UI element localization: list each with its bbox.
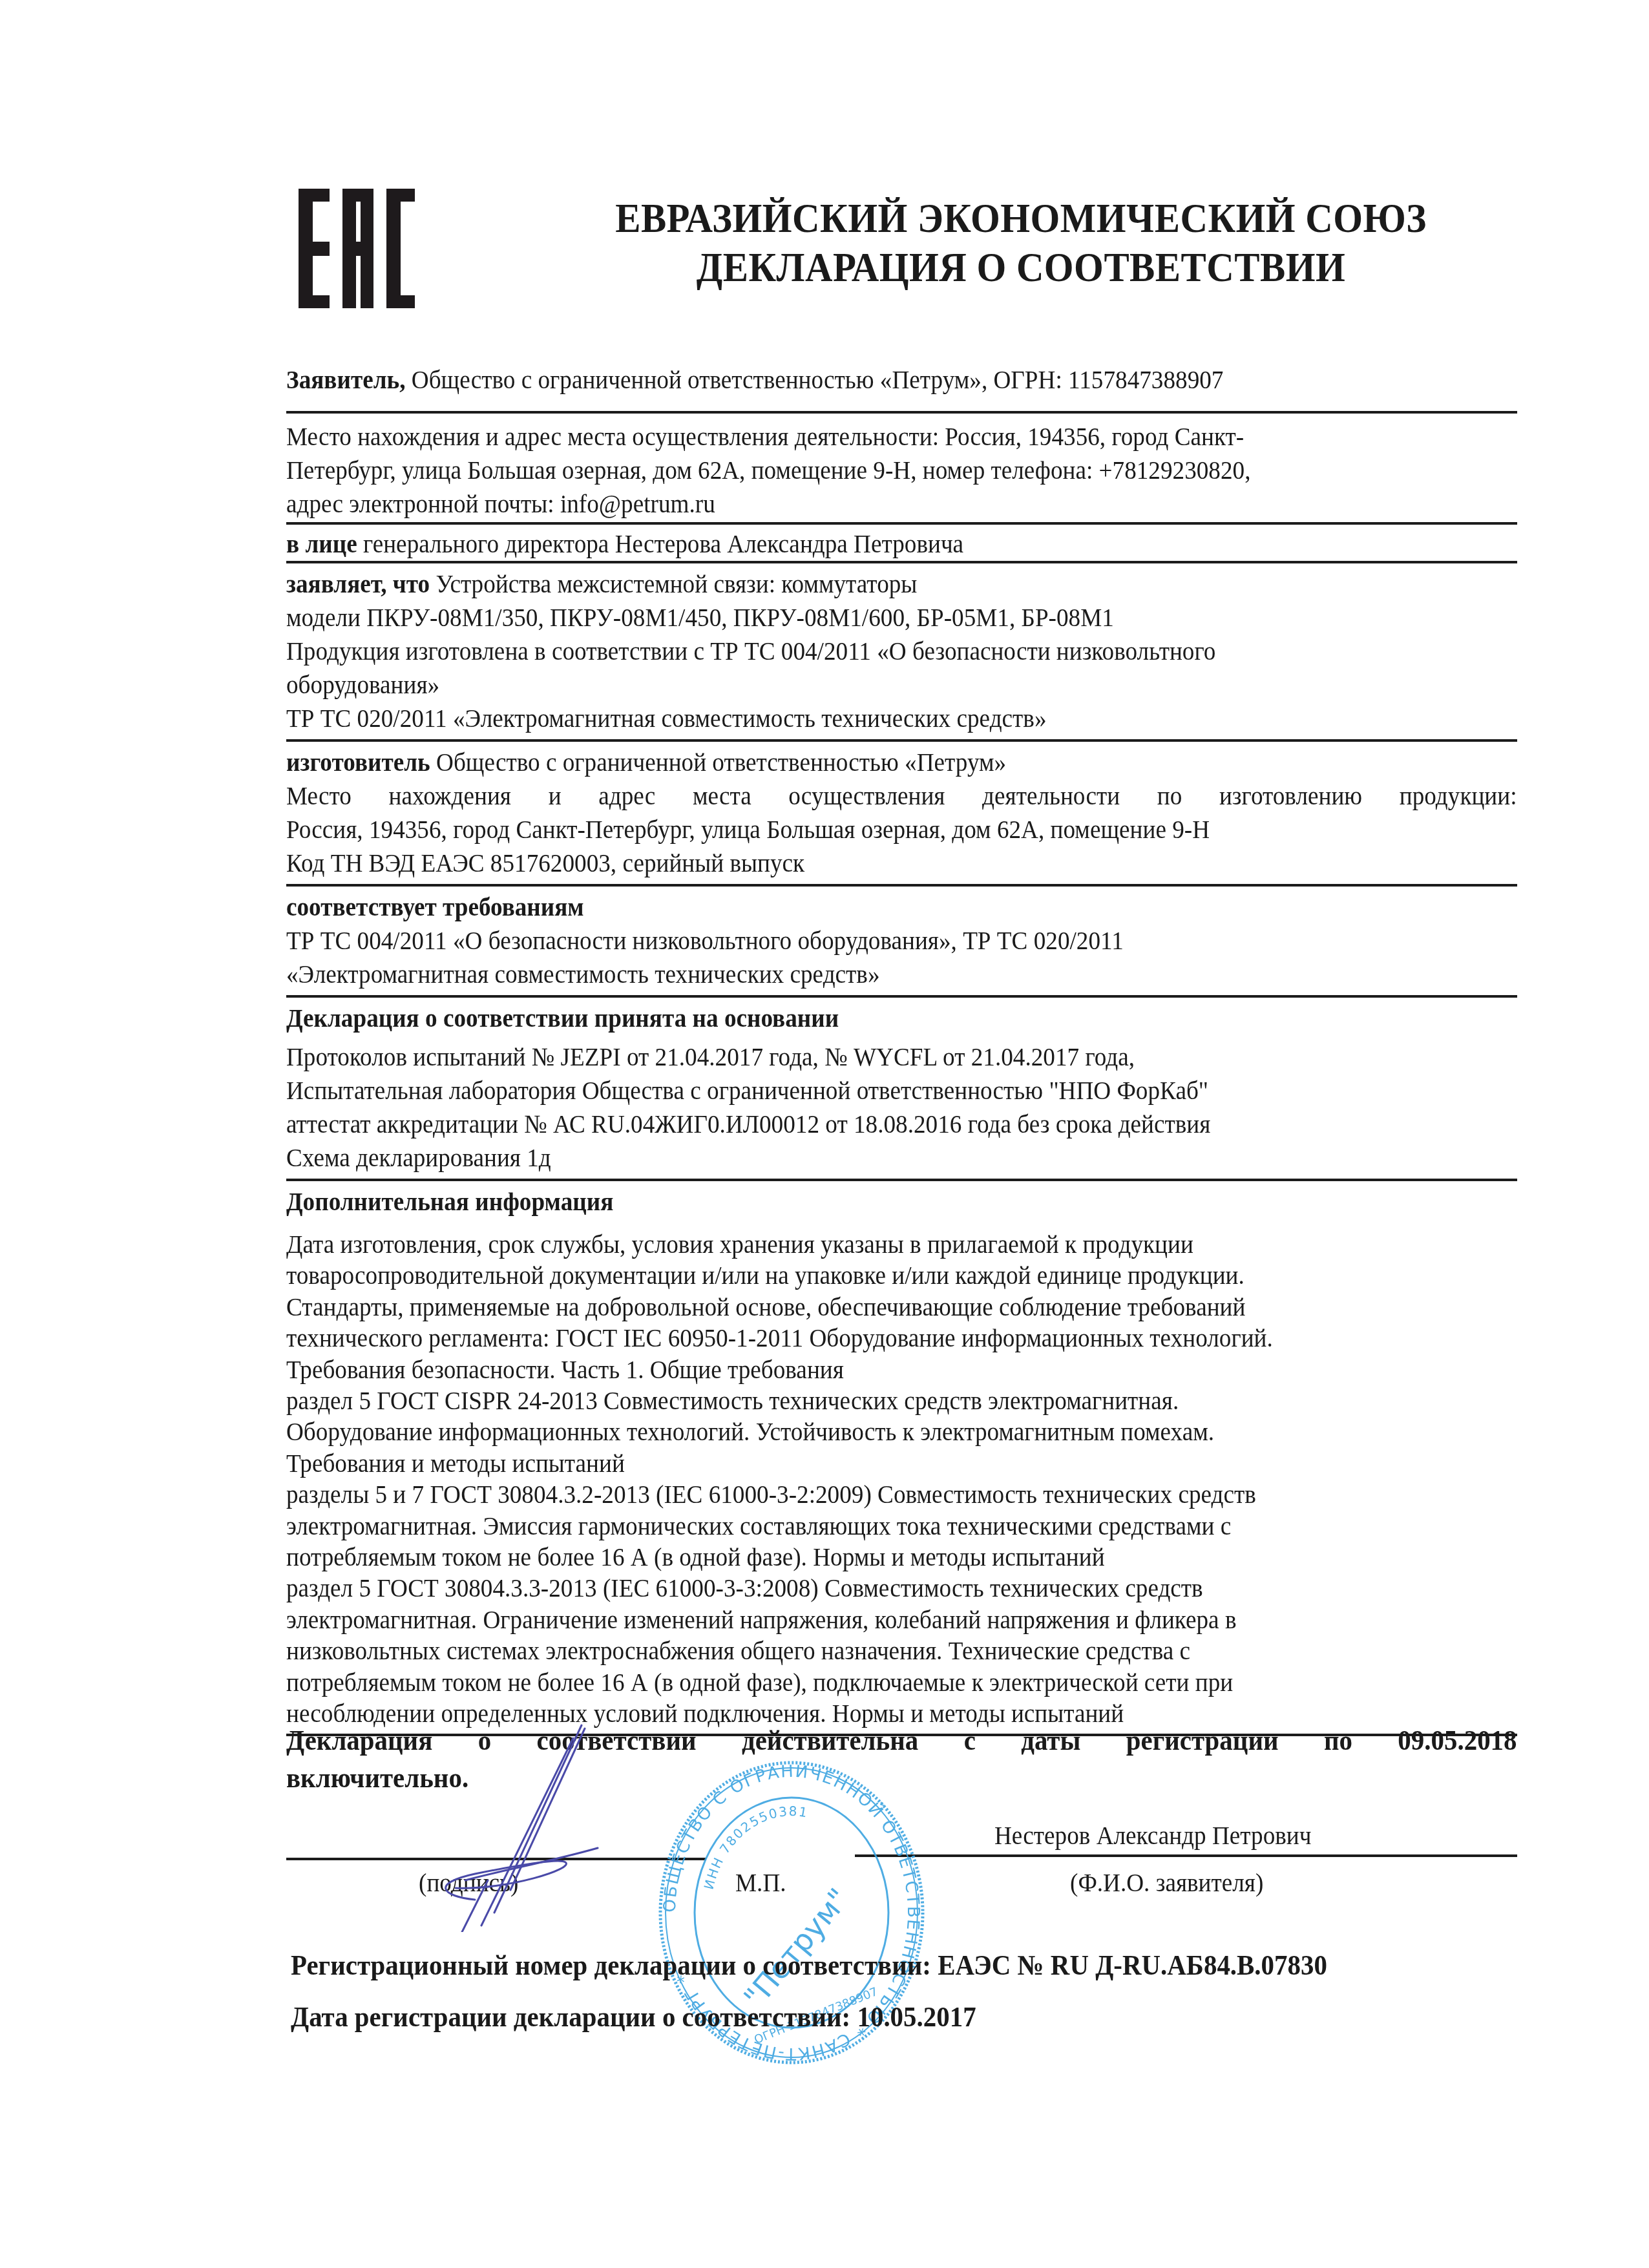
address-line: адрес электронной почты: info@petrum.ru [286,487,1431,521]
complies-section: соответствует требованиям ТР ТС 004/2011… [286,887,1517,998]
additional-info-line: Требования безопасности. Часть 1. Общие … [286,1354,1431,1385]
additional-info-line: Требования и методы испытаний [286,1448,1431,1479]
signatory-name: Нестеров Александр Петрович [994,1820,1311,1851]
registration-number: Регистрационный номер декларации о соотв… [291,1948,1327,1983]
additional-info-line: разделы 5 и 7 ГОСТ 30804.3.2-2013 (IEC 6… [286,1479,1431,1510]
basis-line: Испытательная лаборатория Общества с огр… [286,1074,1431,1108]
address-line: Петербург, улица Большая озерная, дом 62… [286,454,1431,487]
claim-section: заявляет, что Устройства межсистемной св… [286,563,1517,742]
claim-line: Продукция изготовлена в соответствии с Т… [286,635,1431,668]
manufacturer-value: Общество с ограниченной ответственностью… [430,748,1006,777]
validity-statement: Декларация о соответствии действительна … [286,1722,1517,1797]
additional-info-line: Оборудование информационных технологий. … [286,1416,1431,1447]
name-line [855,1854,1517,1857]
claim-line: модели ПКРУ-08М1/350, ПКРУ-08М1/450, ПКР… [286,601,1431,635]
union-title: ЕВРАЗИЙСКИЙ ЭКОНОМИЧЕСКИЙ СОЮЗ [534,194,1509,243]
complies-line: «Электромагнитная совместимость техничес… [286,958,1431,991]
additional-info-line: электромагнитная. Эмиссия гармонических … [286,1511,1431,1542]
applicant-label: Заявитель, [286,365,406,394]
additional-info-line: потребляемым током не более 16 А (в одно… [286,1667,1431,1698]
additional-info-line: Стандарты, применяемые на добровольной о… [286,1292,1431,1323]
address-line: Место нахождения и адрес места осуществл… [286,420,1431,454]
additional-info-line: низковольтных системах электроснабжения … [286,1635,1431,1666]
validity-word: соответствии [537,1722,697,1759]
additional-info-label: Дополнительная информация [286,1185,1431,1219]
declaration-body: Заявитель, Общество с ограниченной ответ… [286,357,1517,1736]
applicant-section: Заявитель, Общество с ограниченной ответ… [286,357,1517,414]
validity-word: даты [1021,1722,1080,1759]
validity-word: о [478,1722,491,1759]
applicant-value: Общество с ограниченной ответственностью… [406,365,1224,394]
basis-line: аттестат аккредитации № АС RU.04ЖИГ0.ИЛ0… [286,1108,1431,1141]
seal-caption: М.П. [735,1867,786,1898]
complies-line: ТР ТС 004/2011 «О безопасности низковоль… [286,924,1431,958]
basis-line: Схема декларирования 1д [286,1141,1431,1175]
validity-word: действительна [742,1722,918,1759]
validity-word: Декларация [286,1722,432,1759]
basis-section: Декларация о соответствии принята на осн… [286,998,1517,1181]
additional-info-line: Дата изготовления, срок службы, условия … [286,1229,1431,1260]
manufacturer-line: Место нахождения и адрес места осуществл… [286,779,1517,813]
signature-caption: (подпись) [419,1867,518,1898]
claim-label: заявляет, что [286,569,430,598]
additional-info-line: товаросопроводительной документации и/ил… [286,1260,1431,1291]
manufacturer-line: Код ТН ВЭД ЕАЭС 8517620003, серийный вып… [286,846,1431,880]
manufacturer-section: изготовитель Общество с ограниченной отв… [286,742,1517,887]
complies-label: соответствует требованиям [286,890,1431,924]
eac-mark-icon [299,189,415,308]
declaration-title: ДЕКЛАРАЦИЯ О СООТВЕТСТВИИ [534,243,1509,292]
validity-word: по [1324,1722,1352,1759]
claim-line: оборудования» [286,668,1431,702]
representative-value: генерального директора Нестерова Алексан… [357,529,963,558]
validity-word: регистрации [1126,1722,1279,1759]
additional-info-line: раздел 5 ГОСТ 30804.3.3-2013 (IEC 61000-… [286,1573,1431,1604]
manufacturer-line: Россия, 194356, город Санкт-Петербург, у… [286,813,1431,846]
representative-label: в лице [286,529,357,558]
additional-info-line: раздел 5 ГОСТ CISPR 24-2013 Совместимост… [286,1385,1431,1416]
additional-info-line: электромагнитная. Ограничение изменений … [286,1604,1431,1635]
signature-line [286,1858,706,1860]
basis-line: Протоколов испытаний № JEZPI от 21.04.20… [286,1040,1431,1074]
signature-block: Нестеров Александр Петрович (подпись) М.… [286,1796,1517,1913]
representative-section: в лице генерального директора Нестерова … [286,525,1517,563]
claim-product: Устройства межсистемной связи: коммутато… [430,569,917,598]
validity-end-date: 09.05.2018 [1398,1722,1517,1759]
name-caption: (Ф.И.О. заявителя) [1070,1867,1263,1898]
validity-word: с [964,1722,976,1759]
registration-date: Дата регистрации декларации о соответств… [291,2000,976,2035]
basis-label: Декларация о соответствии принята на осн… [286,1002,1431,1035]
additional-info-line: технического регламента: ГОСТ IEC 60950-… [286,1323,1431,1354]
document-title: ЕВРАЗИЙСКИЙ ЭКОНОМИЧЕСКИЙ СОЮЗ ДЕКЛАРАЦИ… [491,194,1551,292]
manufacturer-label: изготовитель [286,748,430,777]
validity-inclusive: включительно. [286,1759,1431,1797]
declaration-page: ЕВРАЗИЙСКИЙ ЭКОНОМИЧЕСКИЙ СОЮЗ ДЕКЛАРАЦИ… [0,0,1649,2268]
address-section: Место нахождения и адрес места осуществл… [286,414,1517,525]
claim-line: ТР ТС 020/2011 «Электромагнитная совмест… [286,702,1431,735]
additional-info-line: потребляемым током не более 16 А (в одно… [286,1542,1431,1573]
additional-info-section: Дополнительная информация Дата изготовле… [286,1181,1517,1736]
